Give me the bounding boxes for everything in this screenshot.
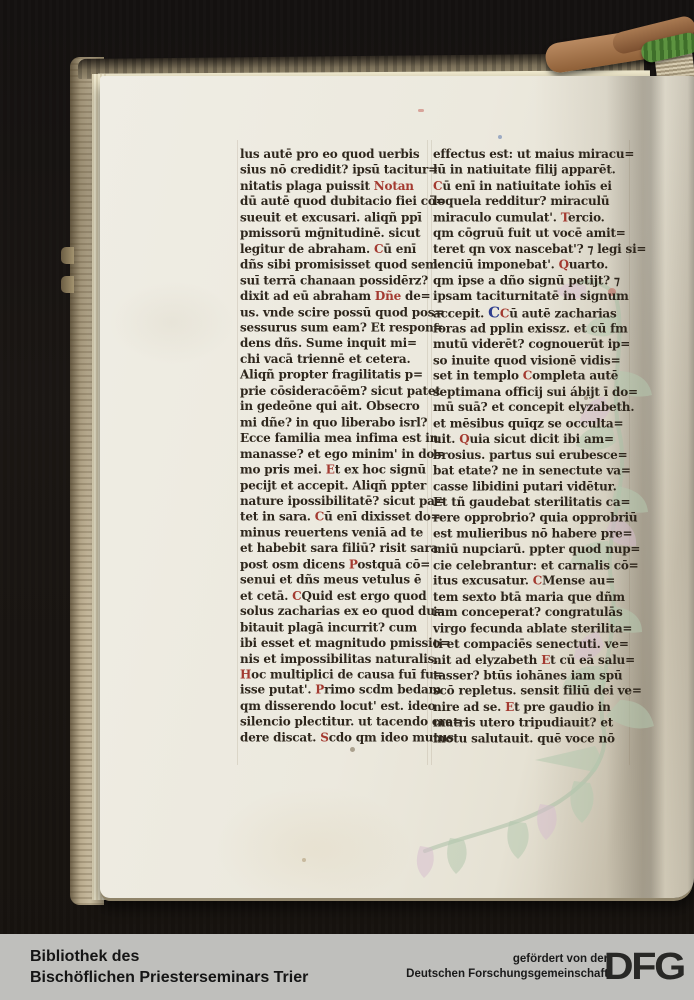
manuscript-line: so inuite quod visionē vidis=	[433, 353, 646, 369]
manuscript-line: lenciū imponebat'. Quarto.	[433, 257, 646, 273]
manuscript-line: pecijt et accepit. Aliqñ ppter	[240, 478, 462, 494]
manuscript-line: ibi esset et magnitudo pmissio=	[240, 636, 462, 652]
manuscript-line: loquela redditur? miraculū	[433, 194, 646, 210]
manuscript-line: legitur de abraham. Cū enī	[240, 242, 462, 258]
stain-speck	[584, 396, 588, 400]
manuscript-line: ipsam taciturnitatē in signum	[433, 289, 646, 305]
manuscript-line: Aliqñ propter fragilitatis p=	[240, 368, 462, 384]
red-pen-mark	[418, 109, 424, 112]
manuscript-line: casse libidini putari vidētur.	[433, 479, 646, 495]
manuscript-line: chi vacā triennē et cetera.	[240, 352, 462, 368]
library-name-line2: Bischöflichen Priesterseminars Trier	[30, 967, 308, 988]
manuscript-line: in gedeōne qui ait. Obsecro	[240, 399, 462, 415]
manuscript-line: qm disserendo locut' est. ideo	[240, 699, 462, 715]
manuscript-line: sessurus sum eam? Et respon=	[240, 320, 462, 336]
manuscript-line: cie celebrantur: et carnalis cō=	[433, 558, 646, 574]
manuscript-line: nit ad elyzabeth Et cū eā salu=	[433, 652, 646, 668]
manuscript-line: miraculo cumulat'. Tercio.	[433, 210, 646, 226]
manuscript-line: nis et impossibilitas naturalis.	[240, 651, 462, 667]
manuscript-line: motu salutauit. quē voce nō	[433, 731, 646, 747]
manuscript-line: iam conceperat? congratulās	[433, 605, 646, 621]
manuscript-line: solus zacharias ex eo quod du=	[240, 604, 462, 620]
stain-speck	[350, 747, 355, 752]
stain-speck	[302, 858, 306, 862]
manuscript-line: rere opprobrio? quia opprobriū	[433, 511, 646, 527]
blue-pen-mark	[498, 135, 502, 139]
manuscript-line: bat etate? ne in senectute va=	[433, 463, 646, 479]
manuscript-line: tet in sara. Cū enī dixisset do=	[240, 510, 462, 526]
manuscript-line: mi dñe? in quo liberabo isrl?	[240, 415, 462, 431]
manuscript-line: scō repletus. sensit filiū dei ve=	[433, 684, 646, 700]
manuscript-line: dixit ad eū abraham Dñe de=	[240, 289, 462, 305]
clasp-fitting	[61, 247, 74, 264]
manuscript-line: pmissorū mḡnitudinē. sicut	[240, 226, 462, 242]
manuscript-line: mo pris mei. Et ex hoc signū	[240, 462, 462, 478]
manuscript-line: brosius. partus sui erubesce=	[433, 448, 646, 464]
manuscript-line: et habebit sara filiū? risit sara	[240, 541, 462, 557]
manuscript-line: dñs sibi promisisset quod sem	[240, 257, 462, 273]
manuscript-line: nire ad se. Et pre gaudio in	[433, 700, 646, 716]
manuscript-line: et mēsibus quīqz se occulta=	[433, 416, 646, 432]
manuscript-line: bitauit plagā incurrit? cum	[240, 620, 462, 636]
manuscript-line: tem sexto btā maria que dñm	[433, 589, 646, 605]
funding-credit: gefördert von der Deutschen Forschungsge…	[406, 952, 608, 982]
digitized-manuscript-scan: lus autē pro eo quod uerbissius nō credi…	[0, 0, 694, 1000]
manuscript-line: silencio plectitur. ut tacendo cre=	[240, 714, 462, 730]
manuscript-line: prie cōsideracōēm? sicut patet	[240, 383, 462, 399]
manuscript-line: senui et dñs meus vetulus ē	[240, 573, 462, 589]
manuscript-line: virgo fecunda ablate sterilita=	[433, 621, 646, 637]
manuscript-page: lus autē pro eo quod uerbissius nō credi…	[100, 76, 694, 898]
manuscript-line: matris utero tripudiauit? et	[433, 715, 646, 731]
manuscript-line: minus reuertens veniā ad te	[240, 525, 462, 541]
manuscript-line: isse putat'. Primo scdm bedam	[240, 683, 462, 699]
funding-credit-line2: Deutschen Forschungsgemeinschaft	[406, 967, 608, 982]
library-name-line1: Bibliothek des	[30, 946, 308, 967]
manuscript-line: miū nupciarū. ppter quod nup=	[433, 542, 646, 558]
manuscript-line: uit. Quia sicut dicit ibi am=	[433, 432, 646, 448]
clasp-fitting	[61, 276, 74, 293]
manuscript-line: set in templo Completa autē	[433, 369, 646, 385]
manuscript-line: nature ipossibilitatē? sicut pa=	[240, 494, 462, 510]
manuscript-line: lū in natiuitate filij apparēt.	[433, 163, 646, 179]
manuscript-line: sius nō credidit? ipsū tacitur=	[240, 163, 462, 179]
manuscript-line: dū autē quod dubitacio fiei cō=	[240, 194, 462, 210]
manuscript-line: accepit. CCū autē zacharias	[433, 305, 646, 322]
manuscript-line: teret qn vox nascebat'? ⁊ legi si=	[433, 242, 646, 258]
funding-credit-line1: gefördert von der	[406, 952, 608, 967]
manuscript-line: qm cōgruū fuit ut vocē amit=	[433, 226, 646, 242]
manuscript-line: est mulieribus nō habere pre=	[433, 526, 646, 542]
manuscript-line: dere discat. Scdo qm ideo mutus	[240, 730, 462, 746]
manuscript-line: Et tñ gaudebat sterilitatis ca=	[433, 495, 646, 511]
manuscript-line: ti et compaciēs senectuti. ve=	[433, 637, 646, 653]
manuscript-line: mutū viderēt? cognouerūt ip=	[433, 337, 646, 353]
library-name: Bibliothek des Bischöflichen Priestersem…	[30, 946, 308, 988]
manuscript-line: qm ipse a dño signū petijt? ⁊	[433, 273, 646, 289]
ruling-line	[237, 140, 238, 765]
manuscript-line: us. vnde scire possū quod pos=	[240, 305, 462, 321]
manuscript-line: mū suā? et concepit elyzabeth.	[433, 400, 646, 416]
manuscript-line: manasse? et ego minim' in do=	[240, 446, 462, 462]
manuscript-line: lus autē pro eo quod uerbis	[240, 147, 462, 163]
text-column-left: lus autē pro eo quod uerbissius nō credi…	[240, 147, 462, 746]
manuscript-line: effectus est: ut maius miracu=	[433, 147, 646, 163]
manuscript-line: suī terrā chanaan possidērz?	[240, 273, 462, 289]
manuscript-line: Ecce familia mea infima est in	[240, 431, 462, 447]
manuscript-line: foras ad pplin exissz. et cū fm	[433, 321, 646, 337]
manuscript-line: tasser? btūs iohānes iam spū	[433, 668, 646, 684]
manuscript-line: Cū enī in natiuitate iohīs ei	[433, 179, 646, 195]
manuscript-line: post osm dicens Postquā cō=	[240, 557, 462, 573]
manuscript-line: septimana officij sui ábijt ī do=	[433, 384, 646, 400]
text-column-right: effectus est: ut maius miracu=lū in nati…	[433, 147, 646, 747]
manuscript-line: dens dñs. Sume inquit mi=	[240, 336, 462, 352]
manuscript-line: nitatis plaga puissit Notan	[240, 179, 462, 195]
manuscript-line: Hoc multiplici de causa fuī fu=	[240, 667, 462, 683]
attribution-bar: Bibliothek des Bischöflichen Priestersem…	[0, 934, 694, 1000]
manuscript-line: sueuit et excusari. aliqñ ppī	[240, 210, 462, 226]
manuscript-line: itus excusatur. CMense au=	[433, 574, 646, 590]
dfg-logo: DFG	[604, 945, 684, 988]
funding-group: gefördert von der Deutschen Forschungsge…	[406, 947, 684, 987]
manuscript-line: et cetā. CQuid est ergo quod	[240, 588, 462, 604]
